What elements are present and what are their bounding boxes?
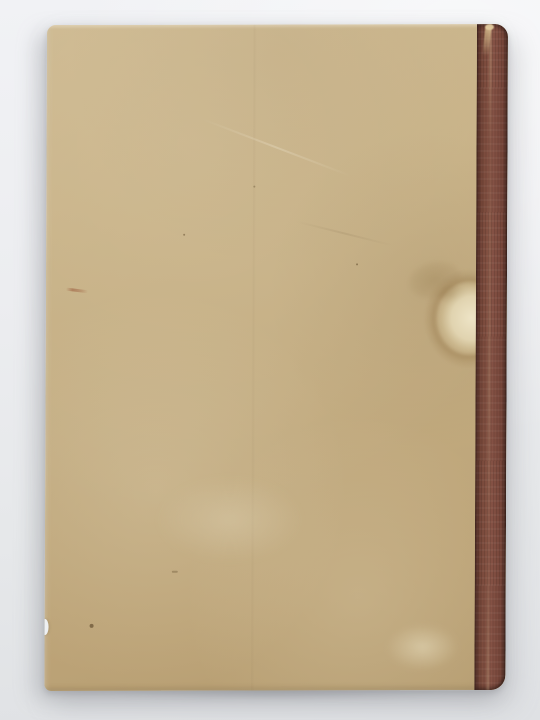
light-worn-patch [374,616,470,678]
speck [183,234,185,236]
spine-wear-streak [486,24,492,690]
speck [172,571,178,573]
speck [253,186,255,188]
speck [90,624,94,628]
book-spine [474,24,508,690]
book-photo [44,24,508,691]
frayed-corner [485,24,494,30]
speck [356,263,358,265]
photo-background [0,0,540,720]
light-worn-patch [135,464,325,574]
